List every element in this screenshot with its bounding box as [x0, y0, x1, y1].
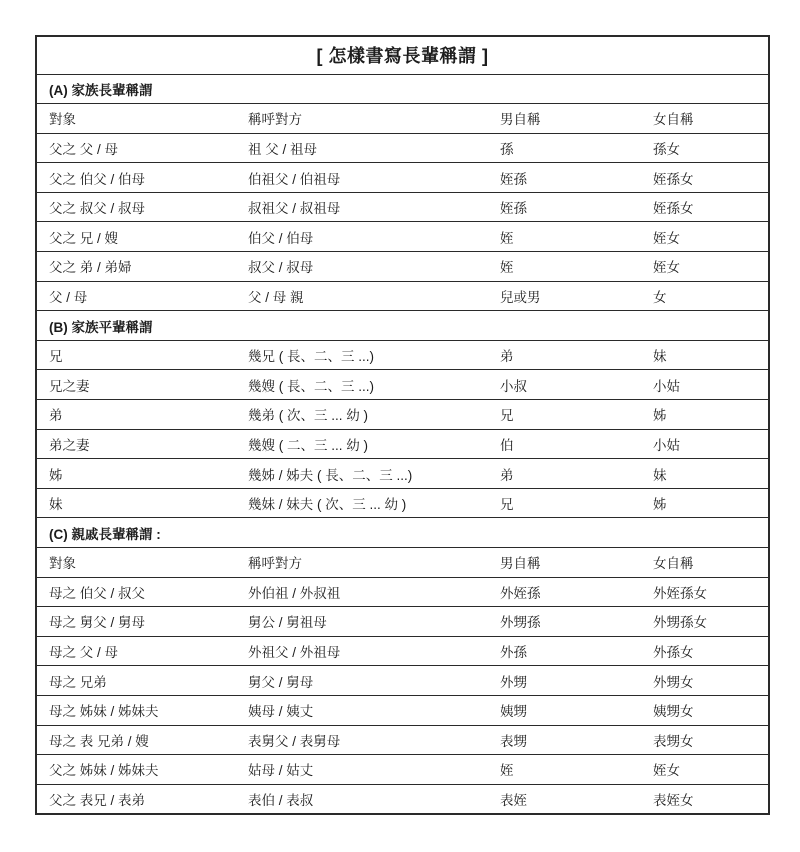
section-heading: (A) 家族長輩稱謂 — [36, 74, 769, 104]
column-header: 男自稱 — [488, 548, 641, 578]
table-cell: 外姪孫 — [488, 577, 641, 607]
section-heading-row: (C) 親戚長輩稱謂 : — [36, 518, 769, 548]
table-row: 母之 舅父 / 舅母舅公 / 舅祖母外甥孫外甥孫女 — [36, 607, 769, 637]
section-heading-row: (B) 家族平輩稱謂 — [36, 311, 769, 341]
page-title: [ 怎樣書寫長輩稱謂 ] — [36, 36, 769, 74]
table-cell: 叔父 / 叔母 — [236, 252, 488, 282]
table-cell: 姪女 — [641, 252, 769, 282]
table-cell: 表姪 — [488, 784, 641, 814]
table-cell: 舅公 / 舅祖母 — [236, 607, 488, 637]
table-cell: 母之 兄弟 — [36, 666, 236, 696]
table-row: 弟之妻幾嫂 ( 二、三 ... 幼 )伯小姑 — [36, 429, 769, 459]
table-cell: 表舅父 / 表舅母 — [236, 725, 488, 755]
section-heading: (C) 親戚長輩稱謂 : — [36, 518, 769, 548]
table-cell: 幾兄 ( 長、二、三 ...) — [236, 340, 488, 370]
table-cell: 父之 父 / 母 — [36, 133, 236, 163]
table-cell: 女 — [641, 281, 769, 311]
table-row: 父之 表兄 / 表弟表伯 / 表叔表姪表姪女 — [36, 784, 769, 814]
table-cell: 小姑 — [641, 429, 769, 459]
table-cell: 姨母 / 姨丈 — [236, 695, 488, 725]
table-cell: 姊 — [36, 459, 236, 489]
page: [ 怎樣書寫長輩稱謂 ] (A) 家族長輩稱謂對象稱呼對方男自稱女自稱父之 父 … — [0, 0, 800, 852]
table-cell: 伯父 / 伯母 — [236, 222, 488, 252]
table-cell: 弟 — [488, 340, 641, 370]
table-cell: 外祖父 / 外祖母 — [236, 636, 488, 666]
table-cell: 父之 兄 / 嫂 — [36, 222, 236, 252]
table-cell: 姪孫 — [488, 163, 641, 193]
title-row: [ 怎樣書寫長輩稱謂 ] — [36, 36, 769, 74]
table-cell: 父之 弟 / 弟婦 — [36, 252, 236, 282]
table-cell: 兄 — [488, 488, 641, 518]
table-cell: 妹 — [641, 459, 769, 489]
table-cell: 弟 — [488, 459, 641, 489]
table-cell: 母之 姊妹 / 姊妹夫 — [36, 695, 236, 725]
table-cell: 伯 — [488, 429, 641, 459]
table-cell: 叔祖父 / 叔祖母 — [236, 192, 488, 222]
section-heading-row: (A) 家族長輩稱謂 — [36, 74, 769, 104]
table-cell: 父 / 母 親 — [236, 281, 488, 311]
table-cell: 幾嫂 ( 二、三 ... 幼 ) — [236, 429, 488, 459]
table-cell: 外甥孫女 — [641, 607, 769, 637]
table-cell: 舅父 / 舅母 — [236, 666, 488, 696]
kinship-table: [ 怎樣書寫長輩稱謂 ] (A) 家族長輩稱謂對象稱呼對方男自稱女自稱父之 父 … — [35, 35, 770, 815]
table-cell: 姊 — [641, 400, 769, 430]
table-row: 父之 父 / 母祖 父 / 祖母孫孫女 — [36, 133, 769, 163]
column-header: 女自稱 — [641, 104, 769, 134]
table-cell: 幾妹 / 妹夫 ( 次、三 ... 幼 ) — [236, 488, 488, 518]
table-cell: 表甥女 — [641, 725, 769, 755]
table-cell: 父之 伯父 / 伯母 — [36, 163, 236, 193]
table-cell: 兄之妻 — [36, 370, 236, 400]
table-cell: 外姪孫女 — [641, 577, 769, 607]
table-cell: 弟 — [36, 400, 236, 430]
table-row: 父之 弟 / 弟婦叔父 / 叔母姪姪女 — [36, 252, 769, 282]
table-cell: 外孫女 — [641, 636, 769, 666]
table-row: 兄之妻幾嫂 ( 長、二、三 ...)小叔小姑 — [36, 370, 769, 400]
table-cell: 孫女 — [641, 133, 769, 163]
column-header: 男自稱 — [488, 104, 641, 134]
table-cell: 兒或男 — [488, 281, 641, 311]
table-row: 弟幾弟 ( 次、三 ... 幼 )兄姊 — [36, 400, 769, 430]
table-cell: 兄 — [36, 340, 236, 370]
table-cell: 姊 — [641, 488, 769, 518]
table-cell: 外甥 — [488, 666, 641, 696]
table-cell: 母之 舅父 / 舅母 — [36, 607, 236, 637]
table-cell: 表伯 / 表叔 — [236, 784, 488, 814]
table-cell: 祖 父 / 祖母 — [236, 133, 488, 163]
section-heading: (B) 家族平輩稱謂 — [36, 311, 769, 341]
table-cell: 小姑 — [641, 370, 769, 400]
table-row: 父之 姊妹 / 姊妹夫姑母 / 姑丈姪姪女 — [36, 755, 769, 785]
table-cell: 表姪女 — [641, 784, 769, 814]
table-cell: 姪 — [488, 222, 641, 252]
table-row: 母之 伯父 / 叔父外伯祖 / 外叔祖外姪孫外姪孫女 — [36, 577, 769, 607]
column-header-row: 對象稱呼對方男自稱女自稱 — [36, 104, 769, 134]
table-cell: 父之 叔父 / 叔母 — [36, 192, 236, 222]
table-cell: 妹 — [36, 488, 236, 518]
table-cell: 姑母 / 姑丈 — [236, 755, 488, 785]
table-cell: 母之 父 / 母 — [36, 636, 236, 666]
table-cell: 姪女 — [641, 755, 769, 785]
table-cell: 外伯祖 / 外叔祖 — [236, 577, 488, 607]
table-cell: 姪孫 — [488, 192, 641, 222]
table-cell: 兄 — [488, 400, 641, 430]
table-cell: 父之 表兄 / 表弟 — [36, 784, 236, 814]
table-row: 母之 父 / 母外祖父 / 外祖母外孫外孫女 — [36, 636, 769, 666]
table-cell: 外甥孫 — [488, 607, 641, 637]
table-cell: 母之 伯父 / 叔父 — [36, 577, 236, 607]
column-header: 稱呼對方 — [236, 104, 488, 134]
table-row: 父之 伯父 / 伯母伯祖父 / 伯祖母姪孫姪孫女 — [36, 163, 769, 193]
table-cell: 姪女 — [641, 222, 769, 252]
table-cell: 外甥女 — [641, 666, 769, 696]
table-cell: 幾弟 ( 次、三 ... 幼 ) — [236, 400, 488, 430]
table-row: 父之 叔父 / 叔母叔祖父 / 叔祖母姪孫姪孫女 — [36, 192, 769, 222]
table-row: 母之 姊妹 / 姊妹夫姨母 / 姨丈姨甥姨甥女 — [36, 695, 769, 725]
table-cell: 姪 — [488, 755, 641, 785]
table-cell: 外孫 — [488, 636, 641, 666]
table-row: 母之 兄弟舅父 / 舅母外甥外甥女 — [36, 666, 769, 696]
table-cell: 幾姊 / 姊夫 ( 長、二、三 ...) — [236, 459, 488, 489]
table-row: 父 / 母父 / 母 親兒或男女 — [36, 281, 769, 311]
table-cell: 姪 — [488, 252, 641, 282]
table-cell: 弟之妻 — [36, 429, 236, 459]
table-row: 父之 兄 / 嫂伯父 / 伯母姪姪女 — [36, 222, 769, 252]
table-cell: 姪孫女 — [641, 163, 769, 193]
table-cell: 姨甥 — [488, 695, 641, 725]
table-row: 母之 表 兄弟 / 嫂表舅父 / 表舅母表甥表甥女 — [36, 725, 769, 755]
column-header-row: 對象稱呼對方男自稱女自稱 — [36, 548, 769, 578]
column-header: 對象 — [36, 548, 236, 578]
table-row: 兄幾兄 ( 長、二、三 ...)弟妹 — [36, 340, 769, 370]
column-header: 對象 — [36, 104, 236, 134]
table-row: 妹幾妹 / 妹夫 ( 次、三 ... 幼 )兄姊 — [36, 488, 769, 518]
table-cell: 妹 — [641, 340, 769, 370]
table-cell: 小叔 — [488, 370, 641, 400]
table-cell: 姨甥女 — [641, 695, 769, 725]
table-row: 姊幾姊 / 姊夫 ( 長、二、三 ...)弟妹 — [36, 459, 769, 489]
table-cell: 表甥 — [488, 725, 641, 755]
kinship-table-body: [ 怎樣書寫長輩稱謂 ] (A) 家族長輩稱謂對象稱呼對方男自稱女自稱父之 父 … — [36, 36, 769, 814]
table-cell: 幾嫂 ( 長、二、三 ...) — [236, 370, 488, 400]
table-cell: 父 / 母 — [36, 281, 236, 311]
table-cell: 父之 姊妹 / 姊妹夫 — [36, 755, 236, 785]
table-cell: 伯祖父 / 伯祖母 — [236, 163, 488, 193]
column-header: 稱呼對方 — [236, 548, 488, 578]
table-cell: 姪孫女 — [641, 192, 769, 222]
column-header: 女自稱 — [641, 548, 769, 578]
table-cell: 孫 — [488, 133, 641, 163]
table-cell: 母之 表 兄弟 / 嫂 — [36, 725, 236, 755]
